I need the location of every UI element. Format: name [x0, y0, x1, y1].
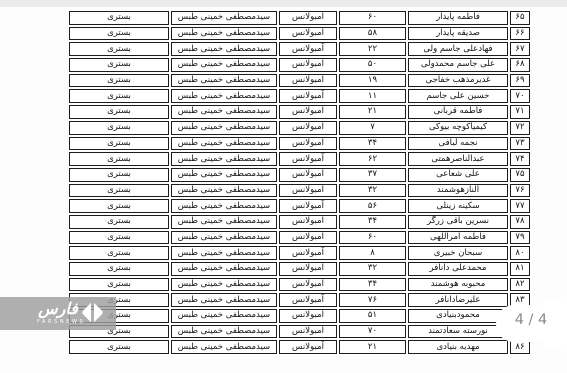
table-row: بستریسیدمصطفی خمینی طبسآمبولانس۵۱محمودبن… — [69, 309, 530, 323]
status-cell: بستری — [69, 278, 169, 292]
status-cell: بستری — [69, 199, 169, 213]
age-cell: ۵۶ — [339, 199, 406, 213]
age-cell: ۶۰ — [339, 231, 406, 245]
age-cell: ۵۰ — [339, 58, 406, 72]
hospital-cell: سیدمصطفی خمینی طبس — [171, 152, 277, 166]
status-cell: بستری — [69, 231, 169, 245]
row-number-cell: ۷۹ — [510, 231, 530, 245]
status-cell: بستری — [69, 184, 169, 198]
hospital-cell: سیدمصطفی خمینی طبس — [171, 278, 277, 292]
table-row: بستریسیدمصطفی خمینی طبسآمبولانس۷۰نورسته … — [69, 325, 530, 339]
row-number-cell: ۶۵ — [510, 11, 530, 25]
name-cell: حسین علی جاسم — [408, 89, 508, 103]
row-number-cell: ۶۸ — [510, 58, 530, 72]
transport-cell: آمبولانس — [279, 293, 337, 307]
transport-cell: آمبولانس — [279, 89, 337, 103]
name-cell: النازهوشمند — [408, 184, 508, 198]
name-cell: سبحان خبیری — [408, 246, 508, 260]
transport-cell: آمبولانس — [279, 184, 337, 198]
name-cell: علیرضادانافر — [408, 293, 508, 307]
status-cell: بستری — [69, 152, 169, 166]
name-cell: نجمه لبافی — [408, 137, 508, 151]
name-cell: علی جاسم محمدولی — [408, 58, 508, 72]
transport-cell: آمبولانس — [279, 58, 337, 72]
hospital-cell: سیدمصطفی خمینی طبس — [171, 11, 277, 25]
row-number-cell: ۷۴ — [510, 152, 530, 166]
name-cell: کیمیاکوچه بیوکی — [408, 121, 508, 135]
table-row: بستریسیدمصطفی خمینی طبسآمبولانس۸سبحان خب… — [69, 246, 530, 260]
hospital-cell: سیدمصطفی خمینی طبس — [171, 121, 277, 135]
row-number-cell: ۷۸ — [510, 215, 530, 229]
transport-cell: آمبولانس — [279, 11, 337, 25]
hospital-cell: سیدمصطفی خمینی طبس — [171, 105, 277, 119]
transport-cell: آمبولانس — [279, 246, 337, 260]
name-cell: صدیقه پایدار — [408, 27, 508, 41]
table-row: بستریسیدمصطفی خمینی طبسآمبولانس۶۰فاطمه ا… — [69, 231, 530, 245]
fars-news-watermark: فارس FARSNEWS — [0, 297, 116, 330]
table-row: بستریسیدمصطفی خمینی طبسآمبولانس۳۲النازهو… — [69, 184, 530, 198]
transport-cell: آمبولانس — [279, 74, 337, 88]
table-row: بستریسیدمصطفی خمینی طبسآمبولانس۷کیمیاکوچ… — [69, 121, 530, 135]
age-cell: ۲۲ — [339, 42, 406, 56]
transport-cell: آمبولانس — [279, 325, 337, 339]
status-cell: بستری — [69, 42, 169, 56]
document-page: بستریسیدمصطفی خمینی طبسآمبولانس۶۰فاطمه پ… — [0, 0, 567, 373]
status-cell: بستری — [69, 11, 169, 25]
row-number-cell: ۶۶ — [510, 27, 530, 41]
patients-table: بستریسیدمصطفی خمینی طبسآمبولانس۶۰فاطمه پ… — [67, 9, 532, 356]
age-cell: ۳۲ — [339, 184, 406, 198]
name-cell: نسرین باقی زرگر — [408, 215, 508, 229]
status-cell: بستری — [69, 168, 169, 182]
name-cell: محبوبه هوشمند — [408, 278, 508, 292]
status-cell: بستری — [69, 89, 169, 103]
table-row: بستریسیدمصطفی خمینی طبسآمبولانس۳۴نجمه لب… — [69, 137, 530, 151]
row-number-cell: ۷۱ — [510, 105, 530, 119]
transport-cell: آمبولانس — [279, 231, 337, 245]
transport-cell: آمبولانس — [279, 137, 337, 151]
name-cell: مهدیه بنیادی — [408, 340, 508, 354]
table-row: بستریسیدمصطفی خمینی طبسآمبولانس۵۶سکینه ز… — [69, 199, 530, 213]
name-cell: محمودبنیادی — [408, 309, 508, 323]
name-cell: فاطمه قربانی — [408, 105, 508, 119]
hospital-cell: سیدمصطفی خمینی طبس — [171, 246, 277, 260]
hospital-cell: سیدمصطفی خمینی طبس — [171, 42, 277, 56]
name-cell: نورسته سعادتمند — [408, 325, 508, 339]
row-number-cell: ۷۳ — [510, 137, 530, 151]
row-number-cell: ۷۶ — [510, 184, 530, 198]
row-number-cell: ۷۲ — [510, 121, 530, 135]
fars-logo-text: فارس — [36, 298, 80, 319]
row-number-cell: ۸۲ — [510, 278, 530, 292]
hospital-cell: سیدمصطفی خمینی طبس — [171, 293, 277, 307]
row-number-cell: ۸۱ — [510, 262, 530, 276]
name-cell: غدیرمذهب خفاجی — [408, 74, 508, 88]
name-cell: فاطمه پایدار — [408, 11, 508, 25]
transport-cell: آمبولانس — [279, 42, 337, 56]
age-cell: ۸ — [339, 246, 406, 260]
age-cell: ۷۶ — [339, 293, 406, 307]
table-row: بستریسیدمصطفی خمینی طبسآمبولانس۲۲فهادعلی… — [69, 42, 530, 56]
table-row: بستریسیدمصطفی خمینی طبسآمبولانس۶۲عبدالنا… — [69, 152, 530, 166]
age-cell: ۱۱ — [339, 89, 406, 103]
table-row: بستریسیدمصطفی خمینی طبسآمبولانس۳۷علی شعا… — [69, 168, 530, 182]
transport-cell: آمبولانس — [279, 262, 337, 276]
age-cell: ۳۴ — [339, 278, 406, 292]
age-cell: ۲۱ — [339, 340, 406, 354]
row-number-cell: ۸۰ — [510, 246, 530, 260]
age-cell: ۷ — [339, 121, 406, 135]
status-cell: بستری — [69, 246, 169, 260]
age-cell: ۳۲ — [339, 262, 406, 276]
hospital-cell: سیدمصطفی خمینی طبس — [171, 89, 277, 103]
hospital-cell: سیدمصطفی خمینی طبس — [171, 231, 277, 245]
table-row: بستریسیدمصطفی خمینی طبسآمبولانس۶۰فاطمه پ… — [69, 11, 530, 25]
hospital-cell: سیدمصطفی خمینی طبس — [171, 168, 277, 182]
row-number-cell: ۸۶ — [510, 340, 530, 354]
transport-cell: آمبولانس — [279, 215, 337, 229]
age-cell: ۶۰ — [339, 11, 406, 25]
page-indicator: 4 / 4 — [503, 312, 559, 328]
hospital-cell: سیدمصطفی خمینی طبس — [171, 215, 277, 229]
hospital-cell: سیدمصطفی خمینی طبس — [171, 309, 277, 323]
transport-cell: آمبولانس — [279, 199, 337, 213]
row-number-cell: ۶۷ — [510, 42, 530, 56]
age-cell: ۵۱ — [339, 309, 406, 323]
name-cell: فهادعلی جاسم ولی — [408, 42, 508, 56]
age-cell: ۷۰ — [339, 325, 406, 339]
hospital-cell: سیدمصطفی خمینی طبس — [171, 262, 277, 276]
name-cell: فاطمه امراللهی — [408, 231, 508, 245]
table-row: بستریسیدمصطفی خمینی طبسآمبولانس۳۲محمدعلی… — [69, 262, 530, 276]
transport-cell: آمبولانس — [279, 105, 337, 119]
age-cell: ۳۴ — [339, 137, 406, 151]
hospital-cell: سیدمصطفی خمینی طبس — [171, 340, 277, 354]
table-row: بستریسیدمصطفی خمینی طبسآمبولانس۱۱حسین عل… — [69, 89, 530, 103]
transport-cell: آمبولانس — [279, 121, 337, 135]
table-row: بستریسیدمصطفی خمینی طبسآمبولانس۵۸صدیقه پ… — [69, 27, 530, 41]
hospital-cell: سیدمصطفی خمینی طبس — [171, 27, 277, 41]
status-cell: بستری — [69, 137, 169, 151]
table-row: بستریسیدمصطفی خمینی طبسآمبولانس۳۴نسرین ب… — [69, 215, 530, 229]
table-row: بستریسیدمصطفی خمینی طبسآمبولانس۲۱فاطمه ق… — [69, 105, 530, 119]
patients-table-body: بستریسیدمصطفی خمینی طبسآمبولانس۶۰فاطمه پ… — [69, 11, 530, 354]
age-cell: ۲۱ — [339, 105, 406, 119]
table-row: بستریسیدمصطفی خمینی طبسآمبولانس۳۴محبوبه … — [69, 278, 530, 292]
table-row: بستریسیدمصطفی خمینی طبسآمبولانس۵۰علی جاس… — [69, 58, 530, 72]
hospital-cell: سیدمصطفی خمینی طبس — [171, 199, 277, 213]
hospital-cell: سیدمصطفی خمینی طبس — [171, 325, 277, 339]
transport-cell: آمبولانس — [279, 27, 337, 41]
status-cell: بستری — [69, 27, 169, 41]
top-edge-strip — [0, 0, 567, 7]
transport-cell: آمبولانس — [279, 152, 337, 166]
transport-cell: آمبولانس — [279, 278, 337, 292]
name-cell: سکینه زینلی — [408, 199, 508, 213]
age-cell: ۱۹ — [339, 74, 406, 88]
row-number-cell: ۶۹ — [510, 74, 530, 88]
row-number-cell: ۷۰ — [510, 89, 530, 103]
transport-cell: آمبولانس — [279, 168, 337, 182]
hospital-cell: سیدمصطفی خمینی طبس — [171, 184, 277, 198]
row-number-cell: ۷۷ — [510, 199, 530, 213]
transport-cell: آمبولانس — [279, 340, 337, 354]
table-row: بستریسیدمصطفی خمینی طبسآمبولانس۷۶علیرضاد… — [69, 293, 530, 307]
status-cell: بستری — [69, 105, 169, 119]
status-cell: بستری — [69, 58, 169, 72]
status-cell: بستری — [69, 262, 169, 276]
hospital-cell: سیدمصطفی خمینی طبس — [171, 137, 277, 151]
status-cell: بستری — [69, 74, 169, 88]
name-cell: علی شعاعی — [408, 168, 508, 182]
fars-diamond-icon — [80, 300, 105, 325]
age-cell: ۵۸ — [339, 27, 406, 41]
table-row: بستریسیدمصطفی خمینی طبسآمبولانس۱۹غدیرمذه… — [69, 74, 530, 88]
name-cell: عبدالناصرهمتی — [408, 152, 508, 166]
status-cell: بستری — [69, 121, 169, 135]
transport-cell: آمبولانس — [279, 309, 337, 323]
table-row: بستریسیدمصطفی خمینی طبسآمبولانس۲۱مهدیه ب… — [69, 340, 530, 354]
hospital-cell: سیدمصطفی خمینی طبس — [171, 74, 277, 88]
age-cell: ۳۴ — [339, 215, 406, 229]
age-cell: ۶۲ — [339, 152, 406, 166]
name-cell: محمدعلی دانافر — [408, 262, 508, 276]
age-cell: ۳۷ — [339, 168, 406, 182]
row-number-cell: ۷۵ — [510, 168, 530, 182]
status-cell: بستری — [69, 340, 169, 354]
hospital-cell: سیدمصطفی خمینی طبس — [171, 58, 277, 72]
status-cell: بستری — [69, 215, 169, 229]
